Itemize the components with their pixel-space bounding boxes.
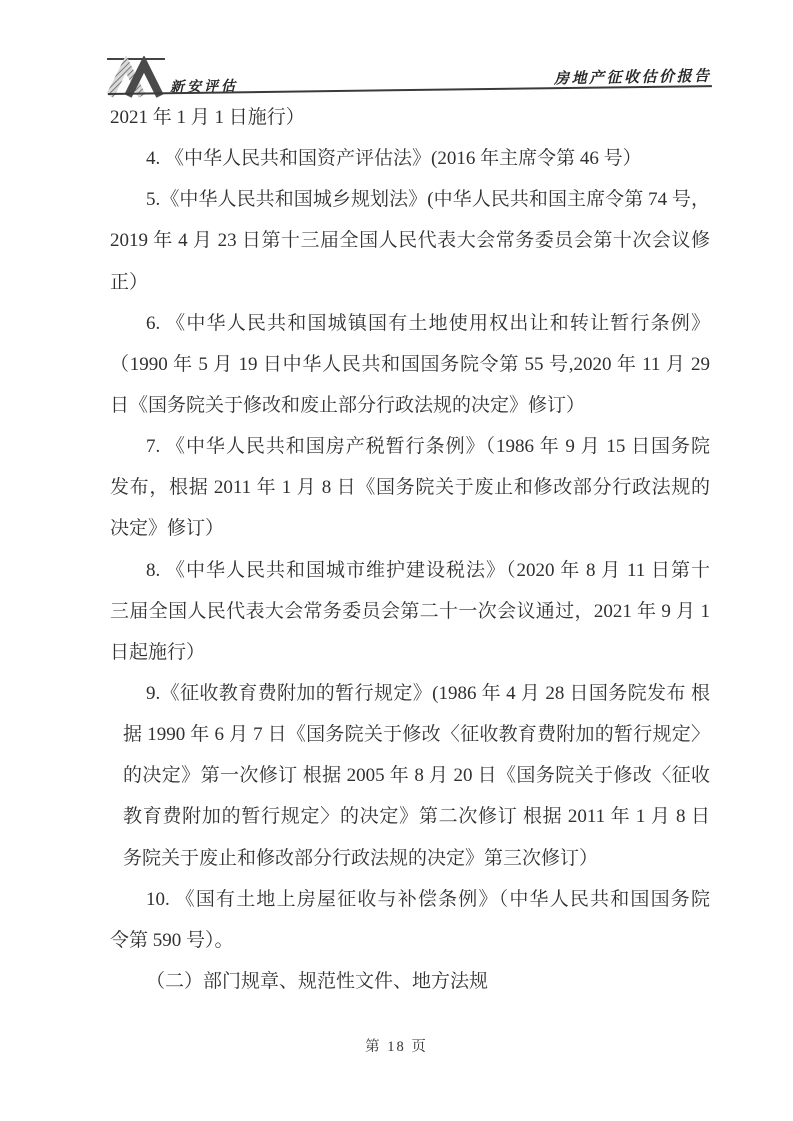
text-line: 7. 《中华人民共和国房产税暂行条例》（1986 年 9 月 15 日国务院 [110,426,710,467]
report-header: 新安评估 房地产征收估价报告 [0,0,793,110]
text-line: （1990 年 5 月 19 日中华人民共和国国务院令第 55 号,2020 年… [110,344,710,385]
text-line: 令第 590 号）。 [110,920,710,961]
text-line: 正） [110,262,710,303]
text-line: 10. 《国有土地上房屋征收与补偿条例》（中华人民共和国国务院 [110,879,710,920]
text-line: 务院关于废止和修改部分行政法规的决定》第三次修订） [110,838,710,879]
text-line: 4. 《中华人民共和国资产评估法》(2016 年主席令第 46 号） [110,138,710,179]
text-line: 决定》修订） [110,508,710,549]
text-line: 6. 《中华人民共和国城镇国有土地使用权出让和转让暂行条例》 [110,303,710,344]
text-line: 9.《征收教育费附加的暂行规定》(1986 年 4 月 28 日国务院发布 根 [110,673,710,714]
text-line: 5.《中华人民共和国城乡规划法》(中华人民共和国主席令第 74 号， [110,179,710,220]
text-line: 三届全国人民代表大会常务委员会第二十一次会议通过，2021 年 9 月 1 [110,591,710,632]
text-line: 2021 年 1 月 1 日施行） [110,97,710,138]
page-footer: 第 18 页 [0,1035,793,1056]
text-line: （二）部门规章、规范性文件、地方法规 [110,961,710,1002]
text-line: 日起施行） [110,632,710,673]
text-line: 2019 年 4 月 23 日第十三届全国人民代表大会常务委员会第十次会议修 [110,220,710,261]
document-body: 2021 年 1 月 1 日施行） 4. 《中华人民共和国资产评估法》(2016… [110,97,710,1002]
document-page: 新安评估 房地产征收估价报告 2021 年 1 月 1 日施行） 4. 《中华人… [0,0,793,1121]
text-line: 发布，根据 2011 年 1 月 8 日《国务院关于废止和修改部分行政法规的 [110,467,710,508]
text-line: 8. 《中华人民共和国城市维护建设税法》（2020 年 8 月 11 日第十 [110,550,710,591]
text-line: 的决定》第一次修订 根据 2005 年 8 月 20 日《国务院关于修改〈征收 [110,755,710,796]
page-number: 第 18 页 [365,1039,428,1055]
text-line: 教育费附加的暂行规定〉的决定》第二次修订 根据 2011 年 1 月 8 日《国 [110,796,710,837]
text-line: 日《国务院关于修改和废止部分行政法规的决定》修订） [110,385,710,426]
text-line: 据 1990 年 6 月 7 日《国务院关于修改〈征收教育费附加的暂行规定〉 [110,714,710,755]
